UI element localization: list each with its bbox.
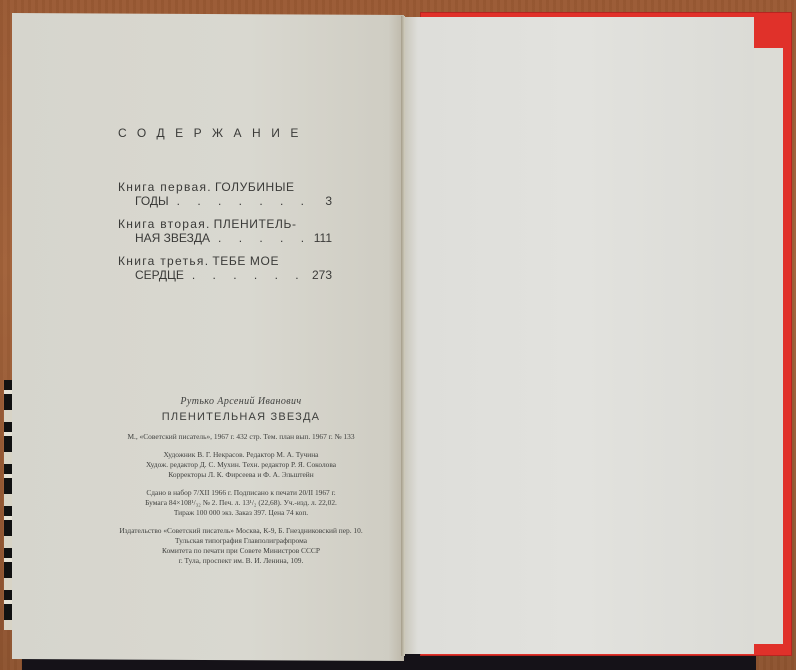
print-data-line: Бумага 84×108¹/₃₂ № 2. Печ. л. 13¹/₂ (22… [78,498,404,508]
toc-entry: Книга третья. ТЕБЕ МОЕ СЕРДЦЕ. . . . . .… [118,254,332,282]
table-of-contents: Книга первая. ГОЛУБИНЫЕ ГОДЫ. . . . . . … [118,180,332,291]
toc-book-name: ПЛЕНИТЕЛЬ- [214,217,297,231]
printer-line: г. Тула, проспект им. В. И. Ленина, 109. [78,556,404,566]
print-data-line: Сдано в набор 7/XII 1966 г. Подписано к … [78,488,404,498]
right-blank-page [404,17,754,654]
toc-page-number: 273 [312,268,332,282]
toc-page-number: 111 [314,231,332,245]
credit-line: Корректоры Л. К. Фирсеева и Ф. А. Эльште… [78,470,404,480]
toc-book-name: ТЕБЕ МОЕ [212,254,279,268]
book-title: ПЛЕНИТЕЛЬНАЯ ЗВЕЗДА [78,411,404,423]
credit-line: Художник В. Г. Некрасов. Редактор М. А. … [78,450,404,460]
toc-book-name-cont: НАЯ ЗВЕЗДА [135,231,210,245]
author-name: Рутько Арсений Иванович [78,396,404,407]
toc-book-name-cont: СЕРДЦЕ [135,268,184,282]
toc-book-label: Книга третья. [118,254,209,268]
credit-line: Худож. редактор Д. С. Мухин. Техн. редак… [78,460,404,470]
publisher-line: М., «Советский писатель», 1967 г. 432 ст… [78,432,404,442]
toc-page-number: 3 [325,194,332,208]
toc-entry: Книга первая. ГОЛУБИНЫЕ ГОДЫ. . . . . . … [118,180,332,208]
toc-book-name-cont: ГОДЫ [135,194,169,208]
toc-book-name: ГОЛУБИНЫЕ [215,180,295,194]
toc-book-label: Книга первая. [118,180,212,194]
toc-leader-dots: . . . . . . . . . . [177,194,318,208]
toc-book-label: Книга вторая. [118,217,211,231]
printer-line: Тульская типография Главполиграфпрома [78,536,404,546]
printer-line: Комитета по печати при Совете Министров … [78,546,404,556]
colophon: Рутько Арсений Иванович ПЛЕНИТЕЛЬНАЯ ЗВЕ… [78,396,404,566]
toc-leader-dots: . . . . . . . . . [192,268,304,282]
toc-leader-dots: . . . . . . . [218,231,306,245]
print-data-line: Тираж 100 000 экз. Заказ 397. Цена 74 ко… [78,508,404,518]
toc-entry: Книга вторая. ПЛЕНИТЕЛЬ- НАЯ ЗВЕЗДА. . .… [118,217,332,245]
printer-line: Издательство «Советский писатель» Москва… [78,526,404,536]
toc-heading: СОДЕРЖАНИЕ [118,126,309,140]
